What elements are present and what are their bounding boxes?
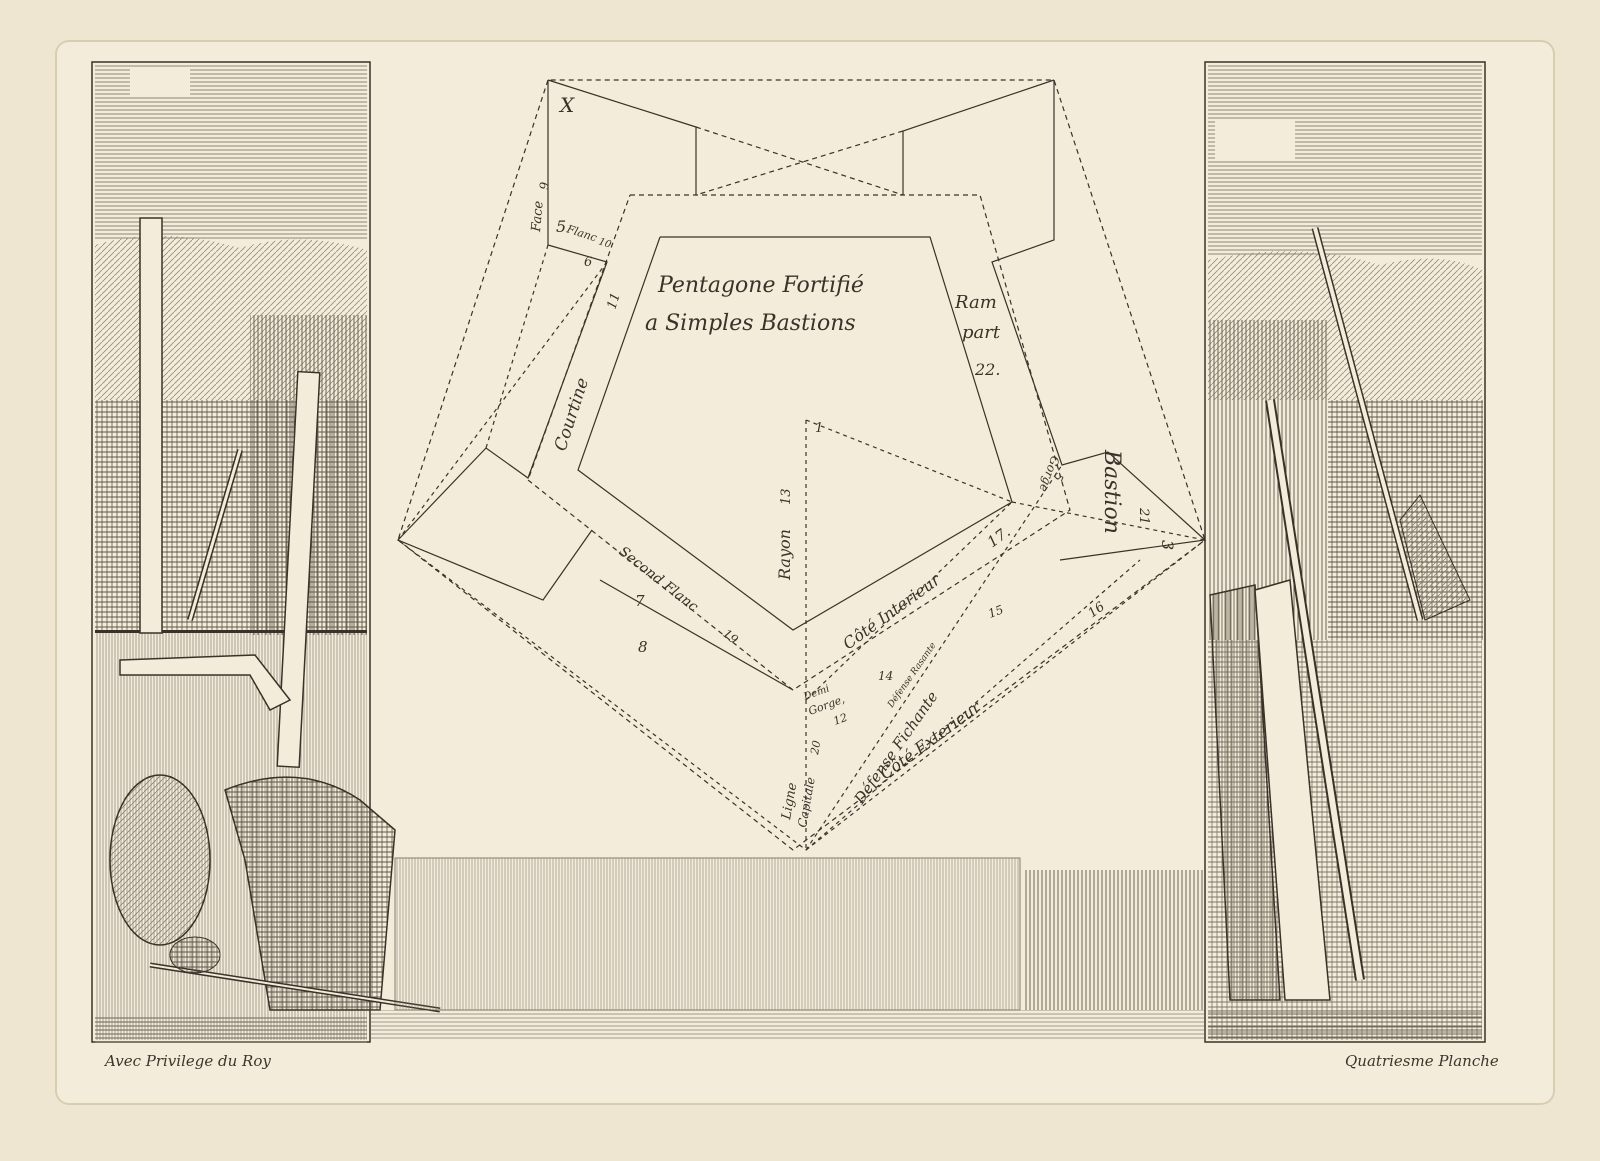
- label-pt6: 6: [584, 255, 592, 270]
- label-cote-interieur-num: 17.: [984, 523, 1014, 552]
- label-rayon-num: 13: [779, 488, 794, 505]
- label-pt8: 8: [638, 638, 648, 656]
- label-cote-interieur: Côté Interieur: [839, 569, 945, 653]
- label-pt7: 7: [635, 592, 645, 610]
- engraving-svg: Pentagone Fortifié a Simples Bastions Ra…: [0, 0, 1600, 1161]
- label-bastion: Bastion: [1099, 449, 1124, 534]
- label-flanc: Flanc: [564, 222, 598, 244]
- label-rampart-2: part: [962, 322, 1001, 343]
- caption-privilege: Avec Privilege du Roy: [105, 1052, 271, 1070]
- diagram-labels: Pentagone Fortifié a Simples Bastions Ra…: [529, 93, 1177, 829]
- label-bastion-num: 21: [1136, 507, 1151, 525]
- label-defense-rasante-num: 14: [878, 669, 893, 683]
- title-line-1: Pentagone Fortifié: [657, 273, 864, 298]
- caption-plate-number: Quatriesme Planche: [1345, 1052, 1499, 1070]
- label-rampart-1: Ram: [954, 292, 997, 313]
- label-rampart-num: 22.: [974, 360, 1000, 379]
- label-x-mark: X: [558, 93, 575, 117]
- label-pt1: 1: [815, 421, 823, 436]
- left-scene: [92, 62, 440, 1043]
- title-line-2: a Simples Bastions: [645, 311, 856, 336]
- pentagon-diagram: [398, 80, 1205, 850]
- label-demi-gorge-num: 12: [832, 711, 850, 728]
- label-second-flanc: Second Flanc: [616, 544, 702, 616]
- label-rayon: Rayon: [775, 529, 794, 581]
- right-scene: [1205, 62, 1485, 1042]
- label-face: Face: [529, 200, 547, 233]
- label-capitale-num: 20: [808, 739, 823, 756]
- label-pt15: 15: [986, 602, 1005, 620]
- label-flanc-num: 10: [597, 236, 613, 251]
- label-courtine-num: 11: [605, 291, 624, 311]
- label-second-flanc-num: 19: [720, 626, 741, 647]
- label-courtine: Courtine: [551, 375, 593, 453]
- label-pt3: 3: [1158, 540, 1177, 550]
- center-wall: [370, 858, 1205, 1040]
- label-face-num: 9: [537, 181, 552, 190]
